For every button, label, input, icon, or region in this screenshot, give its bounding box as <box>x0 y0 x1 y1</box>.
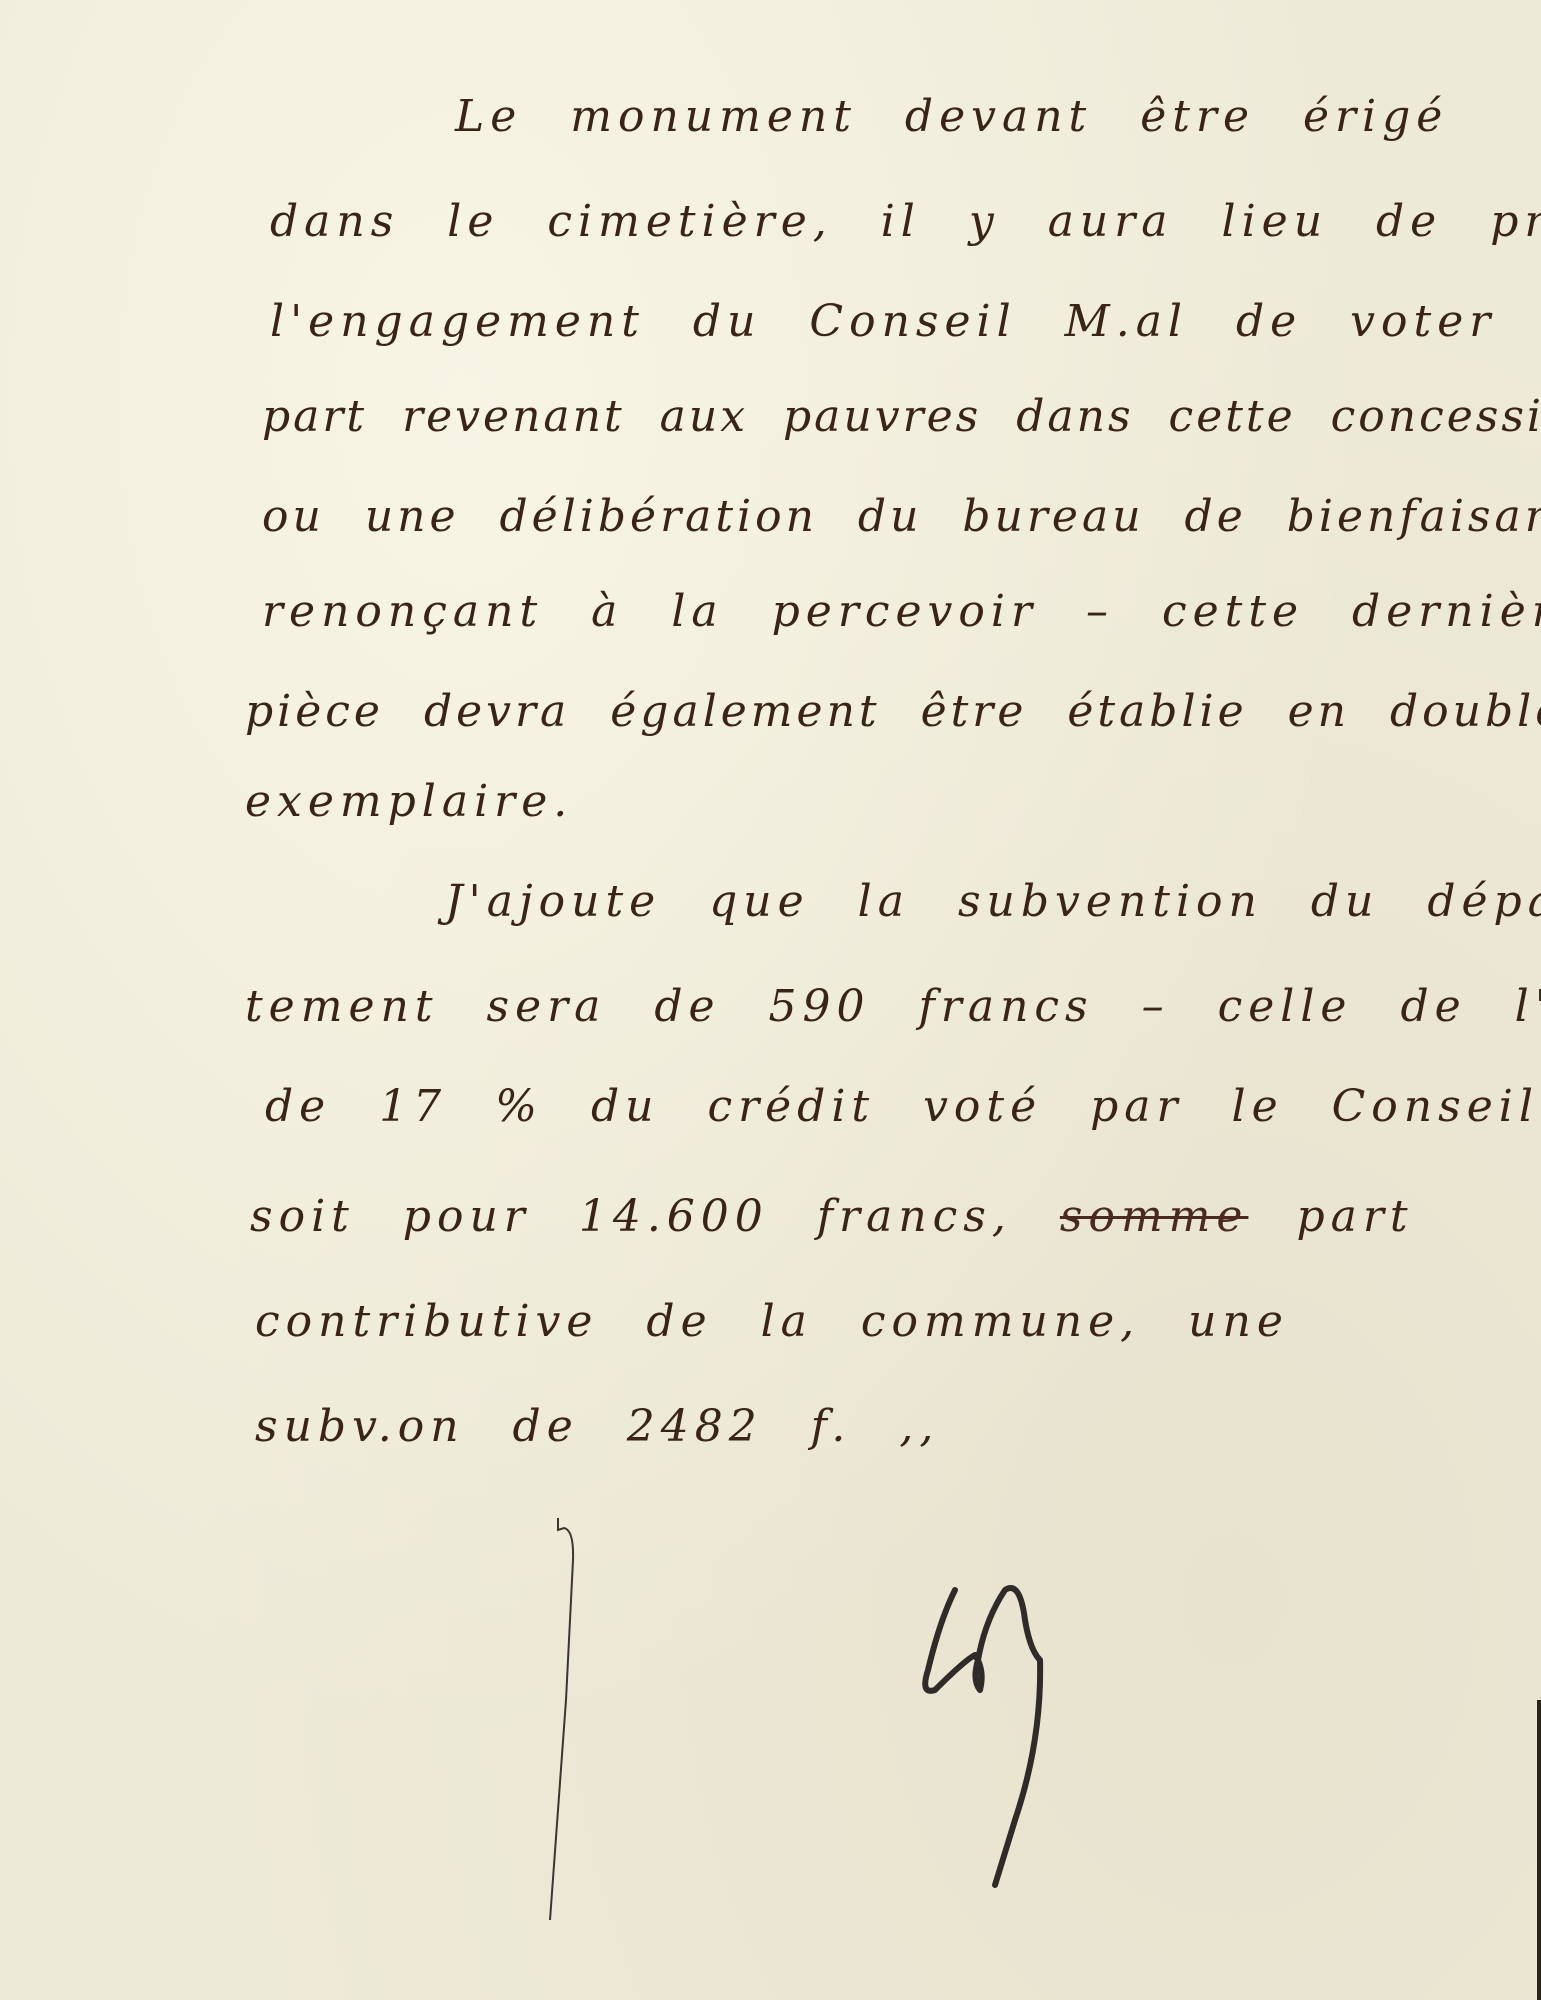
struck-word: somme <box>1060 1191 1249 1242</box>
text-line-12-main: soit pour 14.600 francs, <box>250 1191 1012 1242</box>
text-line-6: renonçant à la percevoir – cette dernièr… <box>262 590 1541 634</box>
text-line-8: exemplaire. <box>245 780 573 824</box>
text-line-2: dans le cimetière, il y aura lieu de pro… <box>270 200 1541 244</box>
text-line-12-end: part <box>1296 1191 1413 1242</box>
page-edge-shadow <box>1537 1700 1541 2000</box>
text-line-3: l'engagement du Conseil M.al de voter la <box>270 300 1541 344</box>
text-line-10: tement sera de 590 francs – celle de l'É… <box>245 985 1541 1029</box>
text-line-4: part revenant aux pauvres dans cette con… <box>262 395 1541 439</box>
text-line-14: subv.on de 2482 f. ,, <box>255 1405 939 1449</box>
text-line-1: Le monument devant être érigé <box>455 95 1448 139</box>
text-line-5: ou une délibération du bureau de bienfai… <box>262 495 1541 539</box>
text-line-12: soit pour 14.600 francs, somme part <box>250 1195 1414 1239</box>
text-line-11: de 17 % du crédit voté par le Conseil M.… <box>265 1085 1541 1129</box>
text-line-9: J'ajoute que la subvention du dépar- <box>445 880 1541 924</box>
text-line-13: contributive de la commune, une <box>255 1300 1289 1344</box>
pencil-bracket-mark <box>530 1500 590 1920</box>
signature-initials-icon <box>910 1560 1070 1890</box>
paper-sheet: Le monument devant être érigé dans le ci… <box>0 0 1541 2000</box>
text-line-7: pièce devra également être établie en do… <box>245 690 1541 734</box>
